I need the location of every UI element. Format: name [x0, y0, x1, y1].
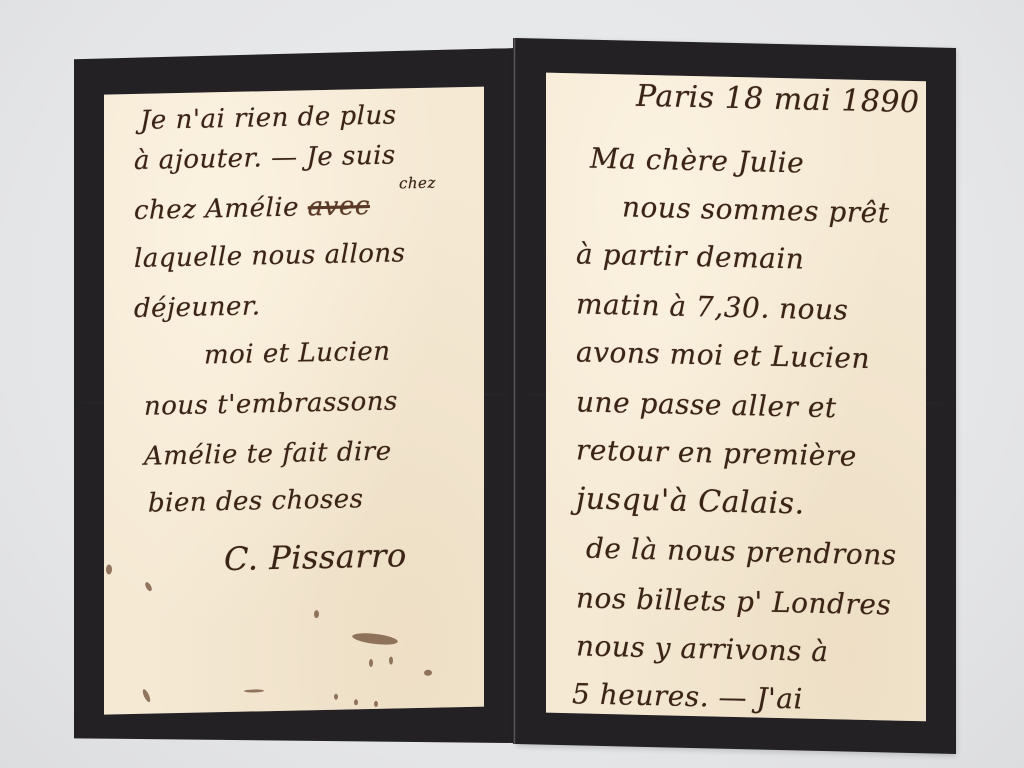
right-line-6: retour en première: [576, 433, 857, 472]
left-line-5: déjeuner.: [134, 291, 261, 324]
ink-spot: [424, 670, 432, 676]
ink-spot: [354, 699, 358, 705]
ink-spot: [334, 694, 338, 700]
right-sheet-mourning-border: Paris 18 mai 1890 Ma chère Julie nous so…: [516, 38, 956, 754]
left-line-9: bien des choses: [148, 484, 364, 519]
ink-spot: [314, 610, 319, 618]
right-line-3: matin à 7,30. nous: [576, 287, 848, 326]
left-line-7: nous t'embrassons: [144, 386, 398, 421]
photo-background: Je n'ai rien de plus à ajouter. — Je sui…: [0, 0, 1024, 768]
left-line-3: chez Amélie avec: [134, 191, 370, 226]
left-line-3-text: chez Amélie: [134, 193, 299, 226]
right-line-5: une passe aller et: [576, 385, 837, 424]
right-line-2: à partir demain: [576, 237, 804, 275]
left-line-2: à ajouter. — Je suis: [134, 140, 396, 175]
right-line-1: nous sommes prêt: [622, 190, 890, 229]
right-line-8: de là nous prendrons: [586, 532, 897, 572]
left-page: Je n'ai rien de plus à ajouter. — Je sui…: [104, 87, 484, 715]
right-line-9: nos billets p' Londres: [576, 581, 891, 621]
left-line-8: Amélie te fait dire: [144, 437, 392, 472]
ink-smudge: [352, 631, 399, 646]
signature: C. Pissarro: [224, 536, 407, 578]
ink-spot: [369, 659, 373, 667]
right-page: Paris 18 mai 1890 Ma chère Julie nous so…: [546, 73, 926, 722]
left-line-6: moi et Lucien: [204, 337, 391, 371]
ink-spot: [389, 657, 393, 665]
ink-spot: [144, 581, 153, 592]
right-line-7: jusqu'à Calais.: [576, 481, 805, 521]
right-line-4: avons moi et Lucien: [576, 335, 870, 375]
struck-word: avec: [308, 191, 370, 222]
letter-dateline: Paris 18 mai 1890: [636, 79, 920, 120]
left-line-4: laquelle nous allons: [134, 238, 406, 274]
right-line-10: nous y arrivons à: [576, 629, 829, 668]
left-line-1: Je n'ai rien de plus: [140, 100, 397, 135]
ink-spot: [374, 701, 378, 707]
ink-spot: [244, 689, 264, 692]
letter-salutation: Ma chère Julie: [590, 142, 804, 180]
ink-spot: [141, 688, 151, 703]
right-line-11: 5 heures. — J'ai: [572, 677, 803, 715]
ink-spot: [106, 564, 112, 574]
inserted-word: chez: [399, 174, 436, 193]
left-sheet-mourning-border: Je n'ai rien de plus à ajouter. — Je sui…: [74, 48, 514, 752]
